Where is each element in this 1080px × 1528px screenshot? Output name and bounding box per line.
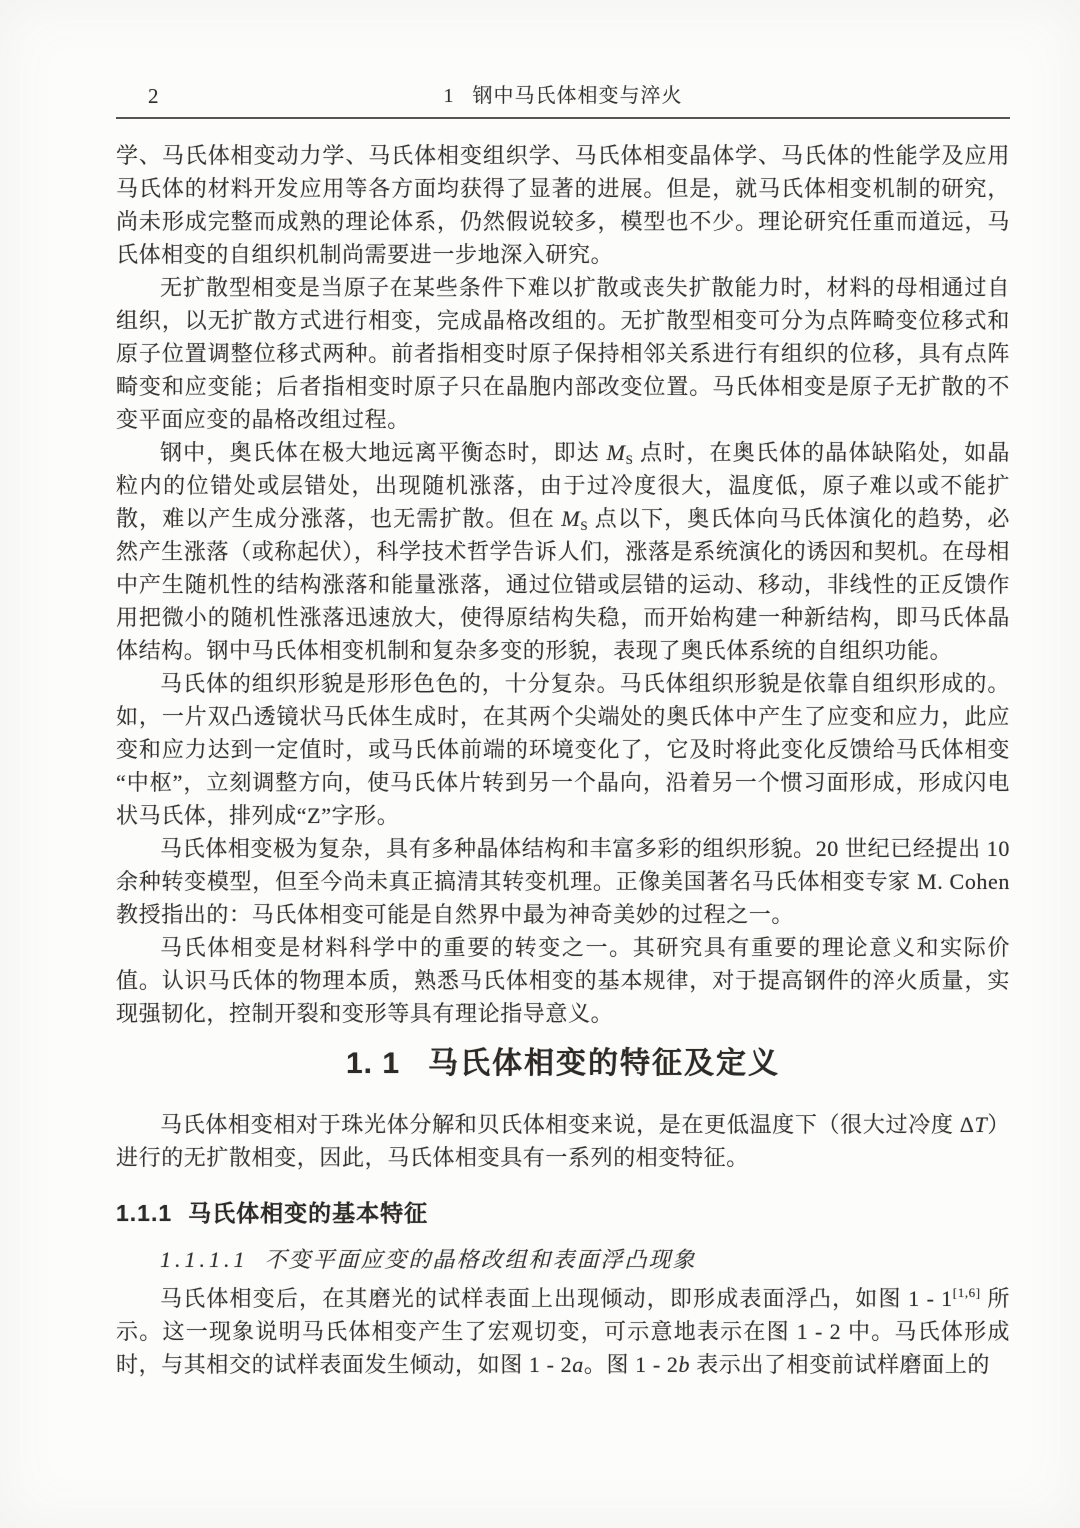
paragraph-4: 马氏体的组织形貌是形形色色的，十分复杂。马氏体组织形貌是依靠自组织形成的。如，一… (116, 667, 1010, 832)
symbol-m: M (607, 440, 626, 465)
chapter-number: 1 (444, 85, 455, 107)
citation-reference: [1,6] (953, 1285, 981, 1300)
paragraph-8-text: 马氏体相变后，在其磨光的试样表面上出现倾动，即形成表面浮凸，如图 1 - 1 (160, 1286, 953, 1311)
paragraph-7: 马氏体相变相对于珠光体分解和贝氏体相变来说，是在更低温度下（很大过冷度 ΔT）进… (116, 1108, 1010, 1174)
paragraph-6: 马氏体相变是材料科学中的重要的转变之一。其研究具有重要的理论意义和实际价值。认识… (116, 931, 1010, 1030)
figure-label-a: a (572, 1352, 584, 1377)
running-title: 1钢中马氏体相变与淬火 (116, 82, 1010, 110)
paragraph-8-text: 。图 1 - 2 (584, 1352, 679, 1377)
symbol-delta-t: T (974, 1112, 987, 1137)
paragraph-8-text: 表示出了相变前试样磨面上的 (690, 1352, 990, 1377)
paragraph-3-text: 钢中，奥氏体在极大地远离平衡态时，即达 (160, 440, 607, 465)
scanned-book-page: 2 1钢中马氏体相变与淬火 学、马氏体相变动力学、马氏体相变组织学、马氏体相变晶… (0, 0, 1080, 1528)
symbol-ms-subscript: S (580, 518, 588, 533)
header-rule (116, 117, 1010, 119)
paragraph-2: 无扩散型相变是当原子在某些条件下难以扩散或丧失扩散能力时，材料的母相通过自组织，… (116, 271, 1010, 436)
paragraph-5: 马氏体相变极为复杂，具有多种晶体结构和丰富多彩的组织形貌。20 世纪已经提出 1… (116, 832, 1010, 931)
symbol-ms-point: M (607, 440, 626, 465)
section-number: 1. 1 (346, 1047, 400, 1080)
paragraph-7-text: 马氏体相变相对于珠光体分解和贝氏体相变来说，是在更低温度下（很大过冷度 Δ (160, 1112, 974, 1137)
page-number: 2 (148, 82, 159, 110)
subsection-title: 马氏体相变的基本特征 (188, 1200, 428, 1226)
subsubsection-title: 不变平面应变的晶格改组和表面浮凸现象 (265, 1247, 697, 1272)
section-heading-1-1: 1. 1马氏体相变的特征及定义 (116, 1044, 1010, 1084)
chapter-title: 钢中马氏体相变与淬火 (473, 85, 683, 107)
subsection-heading-1-1-1: 1.1.1马氏体相变的基本特征 (116, 1198, 1010, 1228)
figure-label-b: b (678, 1352, 690, 1377)
symbol-m: M (561, 506, 580, 531)
paragraph-1: 学、马氏体相变动力学、马氏体相变组织学、马氏体相变晶体学、马氏体的性能学及应用马… (116, 139, 1010, 271)
subsection-number: 1.1.1 (116, 1200, 172, 1226)
page-body: 学、马氏体相变动力学、马氏体相变组织学、马氏体相变晶体学、马氏体的性能学及应用马… (116, 139, 1010, 1381)
paragraph-3: 钢中，奥氏体在极大地远离平衡态时，即达 MS 点时，在奥氏体的晶体缺陷处，如晶粒… (116, 436, 1010, 667)
running-header: 2 1钢中马氏体相变与淬火 (116, 82, 1010, 110)
symbol-ms-point: M (561, 506, 580, 531)
paragraph-8: 马氏体相变后，在其磨光的试样表面上出现倾动，即形成表面浮凸，如图 1 - 1[1… (116, 1282, 1010, 1381)
subsubsection-number: 1.1.1.1 (160, 1247, 249, 1272)
section-title: 马氏体相变的特征及定义 (428, 1047, 780, 1080)
subsubsection-heading-1-1-1-1: 1.1.1.1不变平面应变的晶格改组和表面浮凸现象 (116, 1245, 1010, 1275)
